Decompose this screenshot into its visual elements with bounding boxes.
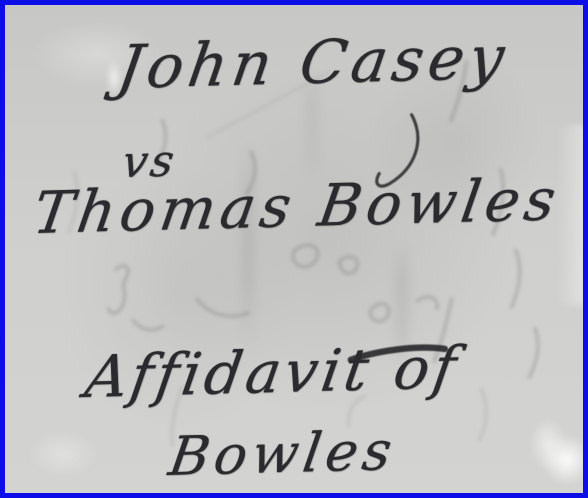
handwritten-plaintiff-name: John Casey [113, 23, 514, 103]
handwritten-defendant-name: Thomas Bowles [29, 165, 565, 247]
handwritten-doc-type-line2: Bowles [165, 419, 401, 488]
handwritten-doc-type-line1: Affidavit of [81, 333, 464, 411]
scanned-document-page: John Casey vs Thomas Bowles Affidavit of… [0, 0, 588, 498]
